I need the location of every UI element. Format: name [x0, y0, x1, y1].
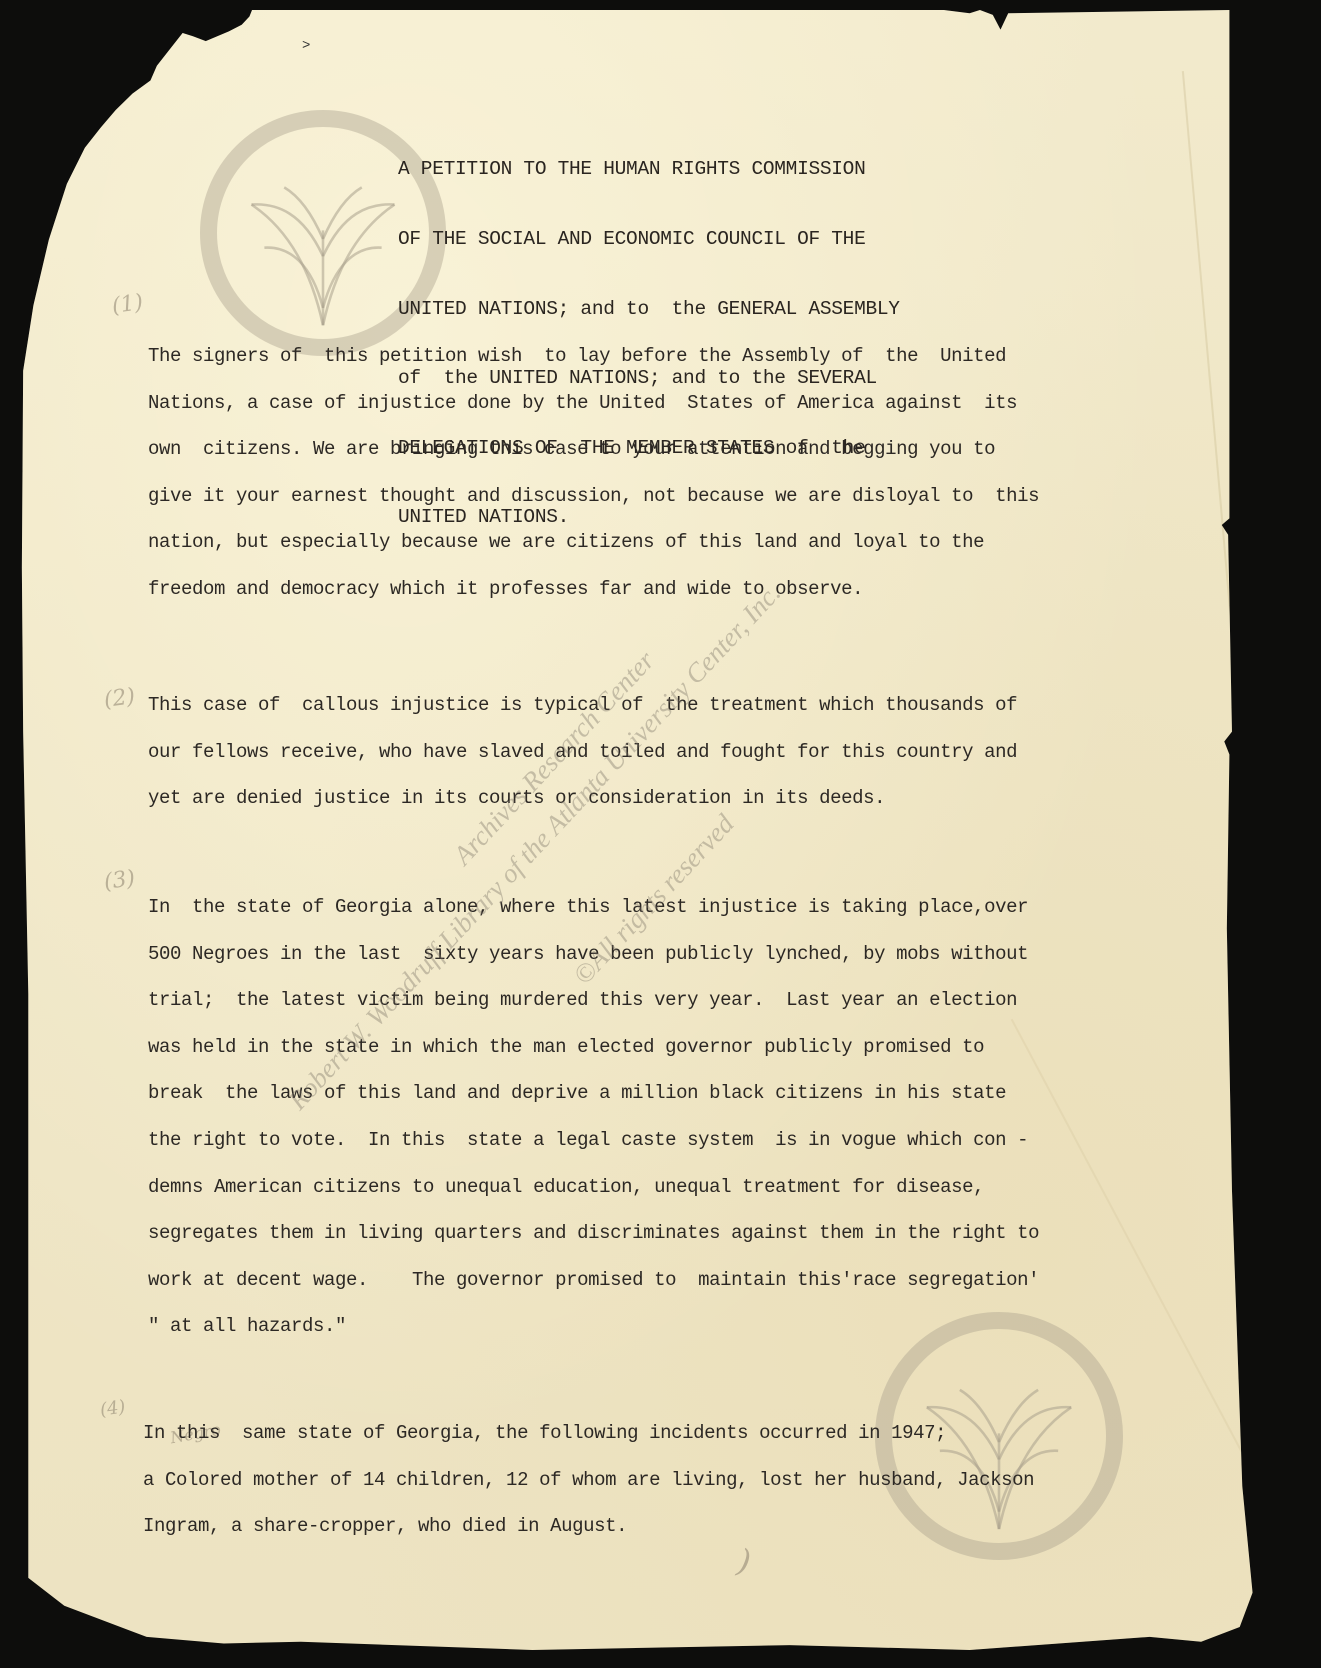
margin-number-2: (2)	[102, 684, 136, 713]
margin-number-4: (4)	[99, 1396, 127, 1420]
heading-line: UNITED NATIONS; and to the GENERAL ASSEM…	[398, 298, 958, 321]
text-line: demns American citizens to unequal educa…	[148, 1172, 1148, 1219]
text-line: Ingram, a share-cropper, who died in Aug…	[143, 1511, 1143, 1558]
text-line: a Colored mother of 14 children, 12 of w…	[143, 1465, 1143, 1512]
text-line: 500 Negroes in the last sixty years have…	[148, 939, 1148, 986]
text-line: freedom and democracy which it professes…	[148, 574, 1148, 621]
paragraph-1: The signers of this petition wish to lay…	[148, 341, 1148, 621]
text-line: the right to vote. In this state a legal…	[148, 1125, 1148, 1172]
text-line: Nations, a case of injustice done by the…	[148, 388, 1148, 435]
heading-line: A PETITION TO THE HUMAN RIGHTS COMMISSIO…	[398, 158, 958, 181]
stray-mark: >	[302, 38, 310, 54]
text-line: yet are denied justice in its courts or …	[148, 783, 1148, 830]
text-line: give it your earnest thought and discuss…	[148, 481, 1148, 528]
margin-number-3: (3)	[102, 866, 136, 895]
text-line: work at decent wage. The governor promis…	[148, 1265, 1148, 1312]
paper-crease	[1182, 71, 1236, 669]
text-line: In this same state of Georgia, the follo…	[143, 1418, 1143, 1465]
text-line: was held in the state in which the man e…	[148, 1032, 1148, 1079]
text-line: own citizens. We are bringing this case …	[148, 434, 1148, 481]
text-line: " at all hazards."	[148, 1311, 1148, 1341]
paragraph-4: In this same state of Georgia, the follo…	[143, 1418, 1143, 1558]
text-line: trial; the latest victim being murdered …	[148, 985, 1148, 1032]
text-line: nation, but especially because we are ci…	[148, 527, 1148, 574]
heading-line: OF THE SOCIAL AND ECONOMIC COUNCIL OF TH…	[398, 228, 958, 251]
paragraph-3: In the state of Georgia alone, where thi…	[148, 892, 1148, 1341]
text-line: The signers of this petition wish to lay…	[148, 341, 1148, 388]
margin-number-1: (1)	[110, 290, 144, 319]
text-line: segregates them in living quarters and d…	[148, 1218, 1148, 1265]
